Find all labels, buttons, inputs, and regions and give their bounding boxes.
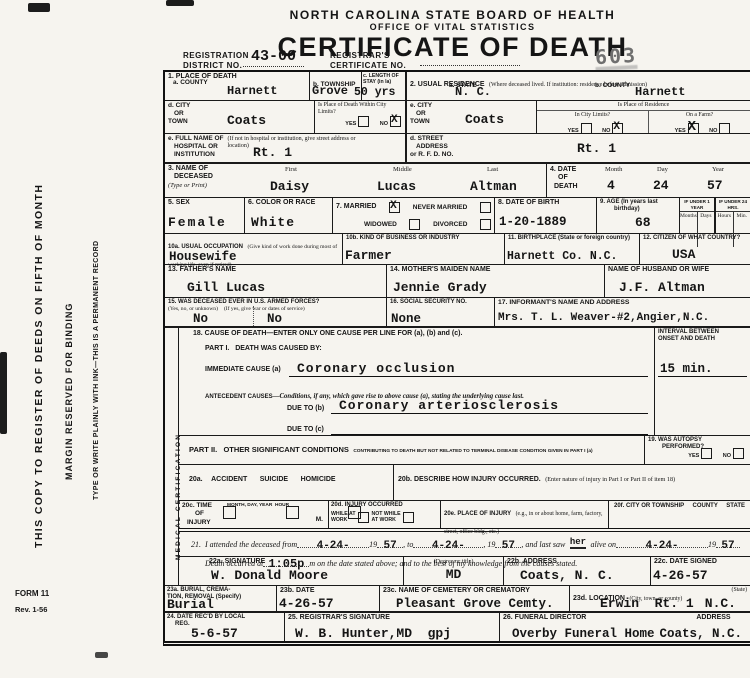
burial-type-label-1: 23a. BURIAL, CREMA- — [167, 587, 274, 594]
attended-to-year-line: 57 — [495, 536, 521, 548]
field-certifier-address: 22b. ADDRESS Coats, N. C. — [504, 557, 651, 585]
name-label-1: 3. NAME OF — [168, 165, 238, 173]
row-cause-of-death: 18. CAUSE OF DEATH—ENTER ONLY ONE CAUSE … — [179, 328, 750, 436]
spouse-value: J.F. Altman — [619, 281, 705, 294]
hospital-value: Rt. 1 — [253, 146, 292, 159]
field-birthplace: 11. BIRTHPLACE (State or foreign country… — [505, 234, 640, 264]
married-mark: X — [390, 200, 397, 212]
citizen-value: USA — [672, 248, 695, 261]
res-no-label: NO — [602, 128, 610, 134]
not-while-at-work-label: NOT WHILE AT WORK — [372, 511, 401, 523]
row-certifier: 22a. SIGNATURE W. Donald Moore (Degree o… — [179, 557, 750, 585]
burial-type-value: Burial — [167, 598, 214, 611]
certifier-signature-value: W. Donald Moore — [211, 569, 328, 582]
field-cemetery: 23c. NAME OF CEMETERY OR CREMATORY Pleas… — [380, 586, 570, 611]
row-occupation: 10a. USUAL OCCUPATION (Give kind of work… — [165, 234, 750, 265]
part2-note: CONTRIBUTING TO DEATH BUT NOT RELATED TO… — [353, 449, 592, 454]
immediate-cause-line: Coronary occlusion — [289, 362, 648, 377]
never-married-checkbox — [480, 202, 491, 213]
homicide-label: HOMICIDE — [301, 476, 336, 483]
residence-county-value: Harnett — [635, 86, 685, 98]
attended-to-date: 4-24- — [432, 540, 465, 552]
while-at-work-checkbox — [358, 512, 369, 523]
registration-label-line1: REGISTRATION — [183, 51, 249, 61]
form-number: FORM 11 — [15, 589, 49, 599]
field-time-of-injury: 20c. TIME OF INJURY MONTH, DAY, YEAR HOU… — [179, 501, 329, 528]
row-vitals: 5. SEX Female 6. COLOR OR RACE White 7. … — [165, 198, 750, 234]
father-value: Gill Lucas — [187, 281, 265, 294]
time-of-injury-caption: MONTH, DAY, YEAR HOUR — [227, 503, 289, 509]
place-of-injury-label: 20e. PLACE OF INJURY — [444, 511, 511, 517]
injury-state-label: STATE — [726, 503, 745, 510]
registrar-signature-label: 25. REGISTRAR'S SIGNATURE — [288, 614, 496, 622]
first-name-value: Daisy — [270, 180, 309, 193]
field-date-of-death: 4. DATE OF DEATH Month Day Year 4 24 57 — [547, 164, 750, 197]
farm-yes-label: YES — [675, 128, 686, 134]
attended-to-line: 4-24- — [413, 536, 483, 548]
res-city-no-checkbox: X — [612, 123, 623, 134]
field-date-signed: 22c. DATE SIGNED 4-26-57 — [651, 557, 750, 585]
registrar-signature-value: W. B. Hunter,MD gpj — [295, 627, 451, 640]
residence-county-label: b. COUNTY — [595, 82, 630, 90]
pod-no-label: NO — [380, 121, 388, 127]
age-label: 9. AGE (In years last birthday) — [600, 199, 676, 213]
dod-year-value: 57 — [707, 179, 723, 192]
immediate-cause-value: Coronary occlusion — [297, 362, 455, 375]
part1-label: PART I. DEATH WAS CAUSED BY: — [205, 345, 322, 353]
business-label: 10b. KIND OF BUSINESS OR INDUSTRY — [346, 235, 501, 242]
pod-yes-label: YES — [345, 121, 356, 127]
field-father: 13. FATHER'S NAME Gill Lucas — [165, 265, 387, 297]
armed-forces-label: 15. WAS DECEASED EVER IN U.S. ARMED FORC… — [168, 299, 383, 306]
name-label-2: DECEASED — [174, 173, 238, 181]
attended-pre: 21. I attended the deceased from — [191, 540, 297, 549]
due-to-b-value: Coronary arteriosclerosis — [339, 399, 559, 412]
dod-year-label: Year — [712, 166, 724, 173]
dod-day-value: 24 — [653, 179, 669, 192]
widowed-label: WIDOWED — [364, 221, 397, 229]
dod-label-3: DEATH — [554, 183, 578, 191]
dod-day-label: Day — [657, 166, 668, 173]
field-injury-occurred: 20d. INJURY OCCURRED WHILE AT WORK NOT W… — [329, 501, 441, 528]
field-business: 10b. KIND OF BUSINESS OR INDUSTRY Farmer — [343, 234, 505, 264]
res-city-label-1: e. CITY — [410, 102, 533, 110]
cemetery-label: 23c. NAME OF CEMETERY OR CREMATORY — [383, 587, 566, 595]
time-of-injury-label-3: INJURY — [187, 519, 211, 527]
field-residence-limits: Is Place of Residence In City Limits? YE… — [537, 101, 750, 133]
row-part2-autopsy: PART II. OTHER SIGNIFICANT CONDITIONS CO… — [179, 436, 750, 465]
date-received-value: 5-6-57 — [191, 627, 238, 640]
spouse-label: NAME OF HUSBAND OR WIFE — [608, 266, 747, 274]
occupation-value: Housewife — [169, 251, 237, 264]
armed-forces-divider — [253, 306, 254, 326]
age-label-1: 9. AGE (In years last — [600, 199, 676, 206]
registrar-label-line2: CERTIFICATE NO. — [330, 61, 406, 71]
birthplace-value: Harnett Co. N.C. — [507, 251, 617, 263]
injury-city-label: 20f. CITY OR TOWNSHIP — [614, 503, 684, 510]
ssn-label: 16. SOCIAL SECURITY NO. — [390, 299, 491, 306]
pod-city-no-checkbox: X — [390, 116, 401, 127]
age-label-2: birthday) — [614, 206, 676, 213]
field-part2: PART II. OTHER SIGNIFICANT CONDITIONS CO… — [179, 436, 645, 464]
field-if-under-24-hrs: IF UNDER 24 HRS. Hours Min. — [715, 198, 750, 233]
certifier-signature-label: 22a. SIGNATURE — [209, 558, 400, 566]
field-residence-city: e. CITY OR TOWN Coats — [407, 101, 537, 133]
suicide-label: SUICIDE — [260, 476, 288, 483]
field-if-under-1-year: IF UNDER 1 YEAR Months Days — [680, 198, 715, 233]
township-value: Grove — [312, 85, 348, 97]
medical-certification-block: MEDICAL CERTIFICATION 18. CAUSE OF DEATH… — [165, 328, 750, 586]
date-received-label-1: 24. DATE REC'D BY LOCAL — [167, 614, 245, 620]
field-funeral-director: 26. FUNERAL DIRECTOR ADDRESS Overby Fune… — [500, 613, 750, 641]
middle-name-label: Middle — [393, 166, 412, 173]
county-value: Harnett — [227, 85, 277, 97]
row-city-limits: d. CITY OR TOWN Coats Is Place of Death … — [165, 101, 750, 134]
dod-label-1: 4. DATE — [550, 166, 578, 174]
last-name-value: Altman — [470, 180, 517, 193]
autopsy-no-checkbox — [733, 448, 744, 459]
attended-from-line: 4-24- — [297, 536, 369, 548]
burial-date-value: 4-26-57 — [279, 597, 334, 610]
due-to-c-line — [331, 420, 648, 435]
name-label-3: (Type or Print) — [168, 182, 238, 190]
scan-artifact — [28, 3, 50, 12]
field-place-of-death-county: 1. PLACE OF DEATH a. COUNTY Harnett — [165, 72, 310, 100]
field-mother: 14. MOTHER'S MAIDEN NAME Jennie Grady — [387, 265, 605, 297]
cause-header: 18. CAUSE OF DEATH—ENTER ONLY ONE CAUSE … — [193, 330, 650, 338]
margin-note-permanent-record: TYPE OR WRITE PLAINLY WITH INK—THIS IS A… — [93, 142, 101, 500]
attended-on-date: 4-24- — [646, 540, 679, 552]
autopsy-label-1: 19. WAS AUTOPSY — [648, 437, 747, 444]
row-parents: 13. FATHER'S NAME Gill Lucas 14. MOTHER'… — [165, 265, 750, 298]
divorced-checkbox — [480, 219, 491, 230]
pod-city-no-mark: X — [391, 114, 398, 126]
certifier-address-value: Coats, N. C. — [520, 569, 614, 582]
field-ssn: 16. SOCIAL SECURITY NO. None — [387, 298, 495, 326]
res-in-city-group: In City Limits? YES NOX — [537, 111, 649, 133]
cemetery-value: Pleasant Grove Cemty. — [396, 598, 554, 611]
not-while-at-work-checkbox — [403, 512, 414, 523]
birthplace-label: 11. BIRTHPLACE (State or foreign country… — [508, 235, 636, 242]
never-married-label: NEVER MARRIED — [413, 204, 468, 212]
field-hospital: e. FULL NAME OF HOSPITAL OR INSTITUTION … — [165, 134, 407, 162]
dob-label: 8. DATE OF BIRTH — [498, 199, 593, 207]
res-city-yes-checkbox — [581, 123, 592, 134]
mother-label: 14. MOTHER'S MAIDEN NAME — [390, 266, 601, 274]
field-street-address: d. STREET ADDRESS or R. F. D. NO. Rt. 1 — [407, 134, 750, 162]
due-to-b-label: DUE TO (b) — [287, 405, 324, 413]
attended-on-year-line: 57 — [716, 536, 740, 548]
residence-state-value: N. C. — [455, 86, 491, 98]
while-at-work-label: WHILE AT WORK — [331, 511, 356, 523]
armed-forces-answer: No — [193, 313, 208, 326]
race-label: 6. COLOR OR RACE — [248, 199, 329, 207]
field-informant: 17. INFORMANT'S NAME AND ADDRESS Mrs. T.… — [495, 298, 750, 326]
certificate-number-stamp: 603 — [594, 43, 637, 71]
widowed-checkbox — [409, 219, 420, 230]
under-24-hrs-label: IF UNDER 24 HRS. — [716, 198, 750, 212]
autopsy-checkboxes: YES NO — [682, 444, 744, 462]
certifier-address-label: 22b. ADDRESS — [507, 558, 647, 566]
informant-value: Mrs. T. L. Weaver-#2,Angier,N.C. — [498, 313, 709, 324]
field-race: 6. COLOR OR RACE White — [245, 198, 333, 233]
while-label-2: WORK — [331, 517, 356, 523]
field-place-of-injury: 20e. PLACE OF INJURY (e.g., in or about … — [441, 501, 609, 528]
first-name-label: First — [285, 166, 297, 173]
degree-label: (Degree or title) — [407, 558, 500, 565]
certificate-table: 1. PLACE OF DEATH a. COUNTY Harnett b. T… — [163, 70, 750, 646]
sex-label: 5. SEX — [168, 199, 241, 207]
autopsy-yes-label: YES — [688, 453, 699, 459]
armed-forces-note-2: (If yes, give war or dates of service) — [224, 306, 305, 312]
registration-district-value: 43-00 — [243, 49, 304, 67]
field-date-of-birth: 8. DATE OF BIRTH 1-20-1889 — [495, 198, 597, 233]
field-interval: INTERVAL BETWEEN ONSET AND DEATH 15 min. — [655, 328, 750, 435]
pod-city-value: Coats — [227, 114, 266, 127]
res-city-value: Coats — [465, 113, 504, 126]
is-place-of-residence-label: Is Place of Residence — [537, 101, 750, 111]
street-value: Rt. 1 — [577, 142, 616, 155]
row-burial: 23a. BURIAL, CREMA- TION, REMOVAL (Speci… — [165, 586, 750, 613]
field-armed-forces: 15. WAS DECEASED EVER IN U.S. ARMED FORC… — [165, 298, 387, 326]
row-injury-kind: 20a. ACCIDENT SUICIDE HOMICIDE 20b. DESC… — [179, 465, 750, 501]
antecedent-label: ANTECEDENT CAUSES — [205, 394, 273, 400]
age-value: 68 — [635, 216, 651, 229]
field-spouse: NAME OF HUSBAND OR WIFE J.F. Altman — [605, 265, 750, 297]
location-state-value: N.C. — [705, 597, 736, 610]
field-citizen: 12. CITIZEN OF WHAT COUNTRY? USA — [640, 234, 750, 264]
describe-injury-label: 20b. DESCRIBE HOW INJURY OCCURRED. — [398, 476, 541, 483]
field-cause-of-death: 18. CAUSE OF DEATH—ENTER ONLY ONE CAUSE … — [179, 328, 655, 435]
date-signed-value: 4-26-57 — [653, 569, 708, 582]
divorced-label: DIVORCED — [433, 221, 467, 229]
length-of-stay-label: c. LENGTH OF STAY (in la) — [363, 73, 404, 85]
business-value: Farmer — [345, 249, 392, 262]
registrar-certificate-blank — [420, 64, 520, 66]
field-burial-location: 23d. LOCATION (City, town, or county) (S… — [570, 586, 750, 611]
field-burial-date: 23b. DATE 4-26-57 — [277, 586, 380, 611]
field-place-of-death-city: d. CITY OR TOWN Coats — [165, 101, 315, 133]
row-attended: 21. I attended the deceased from4-24-195… — [179, 528, 750, 557]
under-1-year-label: IF UNDER 1 YEAR — [680, 198, 714, 212]
res-farm-yes-checkbox: X — [688, 123, 699, 134]
res-farm-no-checkbox — [719, 123, 730, 134]
autopsy-yes-checkbox — [701, 448, 712, 459]
hospital-label: e. FULL NAME OF HOSPITAL OR INSTITUTION — [168, 135, 224, 158]
interval-label-2: ONSET AND DEATH — [658, 336, 747, 343]
nineteen-1: 19 — [369, 540, 377, 549]
informant-label: 17. INFORMANT'S NAME AND ADDRESS — [498, 299, 747, 307]
field-degree: (Degree or title) MD — [404, 557, 504, 585]
row-registrar: 24. DATE REC'D BY LOCAL REG. 5-6-57 25. … — [165, 613, 750, 641]
scan-artifact — [0, 352, 7, 434]
race-value: White — [251, 216, 295, 229]
dob-value: 1-20-1889 — [499, 216, 567, 229]
injury-occurred-label: 20d. INJURY OCCURRED — [331, 502, 438, 509]
field-occupation: 10a. USUAL OCCUPATION (Give kind of work… — [165, 234, 343, 264]
pod-limits-checkboxes: YES NOX — [339, 112, 401, 130]
form-revision: Rev. 1-56 — [15, 605, 47, 614]
time-of-injury-label-2: OF — [195, 510, 204, 518]
field-autopsy: 19. WAS AUTOPSY PERFORMED? YES NO — [645, 436, 750, 464]
due-to-c-label: DUE TO (c) — [287, 426, 324, 434]
field-usual-residence: 2. USUAL RESIDENCE (Where deceased lived… — [407, 72, 750, 100]
county-label: a. COUNTY — [173, 79, 208, 87]
dod-label: 4. DATE OF DEATH — [550, 166, 578, 191]
margin-note-binding: MARGIN RESERVED FOR BINDING — [64, 158, 75, 480]
nineteen-3: 19 — [708, 540, 716, 549]
field-describe-injury: 20b. DESCRIBE HOW INJURY OCCURRED. (Ente… — [394, 465, 750, 500]
immediate-cause-label: IMMEDIATE CAUSE (a) — [205, 366, 281, 374]
res-yes-label: YES — [568, 128, 579, 134]
married-checkbox: X — [389, 202, 400, 213]
autopsy-no-label: NO — [723, 453, 731, 459]
attended-on-year: 57 — [721, 540, 734, 552]
res-city-no-mark: X — [613, 121, 620, 133]
registrar-certificate-label: REGISTRAR'S CERTIFICATE NO. — [330, 51, 406, 70]
field-name-of-deceased: 3. NAME OF DECEASED (Type or Print) Firs… — [165, 164, 547, 197]
attended-on-line: 4-24- — [616, 536, 708, 548]
sex-value: Female — [168, 216, 227, 229]
attended-from-year: 57 — [384, 540, 397, 552]
funeral-director-value: Overby Funeral Home — [512, 628, 655, 641]
funeral-director-address-value: Coats, N.C. — [659, 628, 742, 641]
hospital-label-2: HOSPITAL OR — [174, 143, 224, 151]
field-accident-suicide-homicide: 20a. ACCIDENT SUICIDE HOMICIDE — [179, 465, 394, 500]
attended-from-year-line: 57 — [377, 536, 403, 548]
dod-label-2: OF — [558, 174, 578, 182]
field-age: 9. AGE (In years last birthday) 68 — [597, 198, 680, 233]
field-date-received: 24. DATE REC'D BY LOCAL REG. 5-6-57 — [165, 613, 285, 641]
dod-month-label: Month — [605, 166, 622, 173]
due-to-b-line: Coronary arteriosclerosis — [331, 399, 648, 414]
registrar-label-line1: REGISTRAR'S — [330, 51, 406, 61]
stay-label-line2: STAY (in la) — [363, 79, 404, 85]
length-of-stay-value: 50 yrs — [354, 87, 395, 99]
hospital-label-3: INSTITUTION — [174, 151, 224, 159]
injury-county-label: COUNTY — [693, 503, 718, 510]
name-label: 3. NAME OF DECEASED (Type or Print) — [168, 165, 238, 190]
citizen-label: 12. CITIZEN OF WHAT COUNTRY? — [643, 235, 747, 242]
row-hospital-street: e. FULL NAME OF HOSPITAL OR INSTITUTION … — [165, 134, 750, 164]
married-label: 7. MARRIED — [336, 203, 376, 211]
res-farm-yes-mark: X — [688, 119, 696, 135]
attended-to-year: 57 — [502, 540, 515, 552]
father-label: 13. FATHER'S NAME — [168, 266, 383, 274]
interval-line: 15 min. — [658, 362, 747, 377]
injury-kind-prefix: 20a. — [189, 476, 203, 483]
not-while-label-2: AT WORK — [372, 517, 401, 523]
interval-label: INTERVAL BETWEEN ONSET AND DEATH — [658, 329, 747, 343]
accident-label: ACCIDENT — [211, 476, 247, 483]
attended-from-date: 4-24- — [317, 540, 350, 552]
hospital-label-1: e. FULL NAME OF — [168, 135, 224, 143]
margin-note-register-of-deeds: THIS COPY TO REGISTER OF DEEDS ON FIFTH … — [33, 102, 46, 548]
medical-certification-strip: MEDICAL CERTIFICATION — [165, 328, 179, 585]
field-certifier-signature: 22a. SIGNATURE W. Donald Moore — [179, 557, 404, 585]
ssn-value: None — [391, 313, 421, 326]
field-sex: 5. SEX Female — [165, 198, 245, 233]
dod-month-value: 4 — [607, 179, 615, 192]
burial-date-label: 23b. DATE — [280, 587, 376, 595]
last-name-label: Last — [487, 166, 498, 173]
time-m-label: M. — [316, 516, 323, 524]
interval-label-1: INTERVAL BETWEEN — [658, 329, 747, 336]
to-word: , to — [403, 540, 413, 549]
funeral-director-address-label: ADDRESS — [696, 614, 730, 622]
date-signed-label: 22c. DATE SIGNED — [654, 558, 747, 566]
field-burial-type: 23a. BURIAL, CREMA- TION, REMOVAL (Speci… — [165, 586, 277, 611]
field-pod-within-city-limits: Is Place of Death Within City Limits? YE… — [315, 101, 407, 133]
pod-city-label-1: d. CITY — [168, 102, 311, 110]
middle-name-value: Lucas — [377, 180, 416, 193]
res-farm-group: On a Farm? YESX NO — [649, 111, 750, 133]
location-value: Erwin Rt. 1 — [600, 597, 694, 610]
on-a-farm-label: On a Farm? — [649, 112, 750, 119]
mother-value: Jennie Grady — [393, 281, 487, 294]
pod-city-yes-checkbox — [358, 116, 369, 127]
pronoun-her: her — [570, 537, 586, 549]
in-city-limits-label: In City Limits? — [537, 112, 648, 119]
board-title: NORTH CAROLINA STATE BOARD OF HEALTH — [165, 8, 740, 22]
funeral-director-label: 26. FUNERAL DIRECTOR — [503, 614, 586, 622]
nineteen-2: , 19 — [483, 540, 495, 549]
field-length-of-stay: c. LENGTH OF STAY (in la) 50 yrs — [362, 72, 407, 100]
time-of-injury-label-1: 20c. TIME — [182, 502, 212, 510]
describe-injury-note: (Enter nature of injury in Part I or Par… — [545, 476, 675, 483]
alive-word: alive on — [590, 540, 616, 549]
row-name-dod: 3. NAME OF DECEASED (Type or Print) Firs… — [165, 164, 750, 198]
farm-no-label: NO — [709, 128, 717, 134]
armed-forces-service: No — [267, 313, 282, 326]
hospital-note: (If not in hospital or institution, give… — [228, 136, 378, 158]
scan-artifact — [95, 652, 108, 658]
row-forces-ssn-informant: 15. WAS DECEASED EVER IN U.S. ARMED FORC… — [165, 298, 750, 328]
field-marital-status: 7. MARRIED X NEVER MARRIED WIDOWED DIVOR… — [333, 198, 495, 233]
field-injury-city-county-state: 20f. CITY OR TOWNSHIP COUNTY STATE — [609, 501, 750, 528]
row-injury-details: 20c. TIME OF INJURY MONTH, DAY, YEAR HOU… — [179, 501, 750, 528]
degree-value: MD — [446, 567, 462, 582]
registration-label: REGISTRATION DISTRICT NO. — [183, 51, 249, 70]
saw-word: , and last saw — [521, 540, 565, 549]
field-registrar-signature: 25. REGISTRAR'S SIGNATURE W. B. Hunter,M… — [285, 613, 500, 641]
interval-value: 15 min. — [660, 363, 713, 376]
registration-label-line2: DISTRICT NO. — [183, 61, 249, 71]
scan-artifact — [166, 0, 194, 6]
row-place-residence-top: 1. PLACE OF DEATH a. COUNTY Harnett b. T… — [165, 72, 750, 101]
part2-label: PART II. OTHER SIGNIFICANT CONDITIONS — [189, 445, 349, 454]
